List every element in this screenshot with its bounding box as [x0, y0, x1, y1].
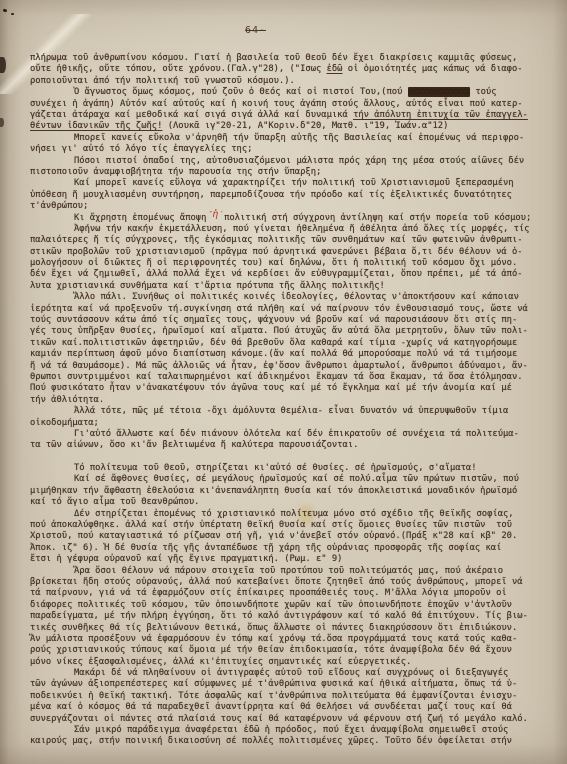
text-line: δέν ἔχει νά ζημιωθεῖ, ἀλλά πολλά ἔχει νά… [30, 269, 560, 280]
text-line: ποδεικνύει ἡ θεϊκή τακτική. Τότε ἀσφαλῶς… [30, 691, 560, 702]
text-line: Ἀλλά τότε, πῶς μέ τέτοια -ὄχι ἀμόλυντα θ… [30, 406, 560, 417]
binding-mark [0, 118, 4, 127]
typewritten-text: Τό πολίτευμα τοῦ Θεοῦ, στηρίζεται κι'αὐτ… [74, 463, 477, 473]
text-line: θέντων ἰδανικῶν τῆς ζωῆς! (Λουκᾶ ιγ"20-2… [30, 121, 560, 132]
typewritten-text: καμιάν περίπτωση ἀφοῦ μόνο διαπίστωση κά… [30, 349, 517, 359]
text-line: Ὁ ἄγνωστος ὅμως κόσμος, πού ζοῦν ὁ Θεός … [30, 87, 560, 98]
typewritten-text: νήσει γι' αὐτό τό λόγο τίς ἐπαγγελίες τη… [30, 144, 252, 154]
text-line: πού ἀποκαλύφθηκε. ἀλλά καί στήν ὑπέρτατη… [30, 520, 560, 531]
typewritten-text: πλήρωμα τοῦ ἀνθρωπίνου κόσμου. Γιατί ἡ β… [30, 53, 517, 63]
text-line: Κι ἄχρηστη ἑπομένως ἄποψηἡπολιτική στή σ… [30, 212, 560, 223]
binding-mark [0, 57, 6, 73]
typewritten-text: Μακάρι δέ νά πληθαίνουν οἱ ἀντιγραφές αὐ… [74, 668, 508, 678]
text-line: Πόσοι πιστοί ὀπαδοί της, αὐτοθυσιαζόμενο… [30, 156, 560, 167]
typewritten-text: ἤ νά τά θαυμάσομε). Μά πῶς ἀλλοιῶς νά ἦτ… [30, 361, 528, 371]
text-line: τικές συνθῆκες θά τίς βελτιώνουν θετικά,… [30, 623, 560, 634]
overstruck-text: xxxxxxxxxxxxx [408, 87, 470, 97]
text-line: ἱερότητα καί νά προξενοῦν τή.συγκίνηση σ… [30, 304, 560, 315]
typewritten-text: Ἄρα ὅσοι θέλουν νά πάρουν στοιχεῖα τοῦ π… [74, 566, 503, 576]
typewritten-text: ποδεικνύει ἡ θεϊκή τακτική. Τότε ἀσφαλῶς… [30, 691, 517, 701]
typewritten-text: Ὁ ἄγνωστος ὅμως κόσμος, πού ζοῦν ὁ Θεός … [74, 87, 408, 97]
underlined-text: θέντων ἰδανικῶν τῆς ζωῆς! [30, 121, 162, 131]
typewritten-text: Ἀφήνω τήν κακήν ἐκμετάλλευση, πού γίνετα… [74, 224, 529, 234]
text-line: Χριστοῦ, πού καταγιαστικά τό ρίζωσαν στή… [30, 531, 560, 542]
typewritten-text: καί τό ἅγιο αἷμα τοῦ Θεανθρώπου. [30, 497, 199, 507]
text-line: τά παίρνουν, γιά νά τά ἐφαρμόζουν στίς ἐ… [30, 588, 560, 599]
typewritten-text: Ἄλλο πάλι. Συνήθως οἱ πολιτικές κοινές ἰ… [74, 292, 519, 302]
typewritten-text: τα τῶν αἰώνων, ὅσο κι'ἄν βελτιωμένα ἤ κα… [30, 440, 358, 450]
text-line: Ἄν μάλιστα προσέξουν νά ἐφαρμόσουν ἐν τό… [30, 634, 560, 645]
typewritten-text: συνέχει ἡ ἀγάπη) Αὐτόν καί αὐτούς καί ἡ … [30, 99, 523, 109]
text-line: συνέχει ἡ ἀγάπη) Αὐτόν καί αὐτούς καί ἡ … [30, 99, 560, 110]
text-line: τούς συντάσσουν κάτω ἀπό τίς σημαῖες του… [30, 315, 560, 326]
typewritten-text: διάφορες πολιτικές τοῦ κόσμου, τῶν ὁποιω… [30, 600, 512, 610]
typewritten-text: τούς συντάσσουν κάτω ἀπό τίς σημαῖες του… [30, 315, 517, 325]
typewritten-text: τήν ἀθλιότητα. [30, 395, 104, 405]
typewritten-text: οἱ ὁμοιότητές μας κάπως νά διαφο- [342, 64, 522, 74]
typewritten-text: οὔτε ἠθικῆς, οὔτε τόπου, οὔτε χρόνου.(Γα… [30, 64, 327, 74]
text-line: Ἀποκ. ιζ" 6). Ἡ δέ θυσία τῆς γῆς ἀνταπέδ… [30, 543, 560, 554]
typewritten-text: πολιτική στή σύγχρονη ἀντίληψη καί στήν … [224, 213, 531, 223]
handwritten-insertion: ἡ [206, 209, 224, 220]
typewritten-text: καιρούς μας, στήν ποινική δικαιοσύνη σέ … [30, 736, 512, 746]
typewritten-text: ὑπόθεση ἤ μουχλιασμένη συντήρηση, παρεμπ… [30, 190, 512, 200]
ink-speck [11, 13, 14, 15]
text-line: καμιάν περίπτωση ἀφοῦ μόνο διαπίστωση κά… [30, 349, 560, 360]
text-line [30, 452, 560, 463]
text-line: τήν ἀθλιότητα. [30, 395, 560, 406]
scanned-typewritten-page: 64- πλήρωμα τοῦ ἀνθρωπίνου κόσμου. Γιατί… [0, 0, 567, 764]
typewritten-text: Κι ἄχρηστη ἑπομένως ἄποψη [74, 213, 206, 223]
typewritten-text: βρίσκεται ἤδη στούς οὐρανούς, ἀλλά πού κ… [30, 577, 523, 587]
text-line: Μακάρι δέ νά πληθαίνουν οἱ ἀντιγραφές αὐ… [30, 668, 560, 679]
text-line: παραδείγματα, μέ τήν πλήρη ἐγγύηση, ὅτι … [30, 611, 560, 622]
typewritten-text: μολογήσουν οἱ διῶκτες ἤ οἱ περιφρονητές … [30, 258, 517, 268]
text-line: θρωποι συντριμμένοι καί ταλαιπωρημένοι κ… [30, 372, 560, 383]
text-line: ἔτσι ἡ γέφυρα οὐρανοῦ καί γῆς ἔγινε πραγ… [30, 554, 560, 565]
typewritten-text: τούς [470, 87, 496, 97]
text-line: παλαιότερες ἤ τίς σύγχρονες, τῆς ἐγκόσμι… [30, 235, 560, 246]
text-line: μένα καί ὁ κόσμος θά τά παραδεχθεῖ ἀναντ… [30, 702, 560, 713]
typewritten-text: τ'ἀνθρώπου; [30, 201, 88, 211]
text-line: τα τῶν αἰώνων, ὅσο κι'ἄν βελτιωμένα ἤ κα… [30, 440, 560, 451]
typewritten-text: Πού φυσικότατο ἦταν ν'ἀνακατέψουν τόν ἀγ… [30, 383, 512, 393]
text-line: Πού φυσικότατο ἦταν ν'ἀνακατέψουν τόν ἀγ… [30, 383, 560, 394]
text-line: μολογήσουν οἱ διῶκτες ἤ οἱ περιφρονητές … [30, 258, 560, 269]
text-line: Μπορεῖ κανείς εὔκολα ν'ἀρνηθῆ τήν ὕπαρξη… [30, 133, 560, 144]
typewritten-text: παραδείγματα, μέ τήν πλήρη ἐγγύηση, ὅτι … [30, 611, 528, 621]
typewritten-text: ἱερότητα καί νά προξενοῦν τή.συγκίνηση σ… [30, 304, 528, 314]
text-line: βρίσκεται ἤδη στούς οὐρανούς, ἀλλά πού κ… [30, 577, 560, 588]
typewritten-text: Ἀποκ. ιζ" 6). Ἡ δέ θυσία τῆς γῆς ἀνταπέδ… [30, 543, 501, 553]
text-line: τικῶν καί.πολιτιστικῶν ἀφετηριῶν, δέν θά… [30, 338, 560, 349]
typewritten-text: θρωποι συντριμμένοι καί ταλαιπωρημένοι κ… [30, 372, 523, 382]
text-line: γές τους ὑπῆρξαν θυσίες, ἡρωϊσμοί καί αἵ… [30, 326, 560, 337]
typewritten-text: Σάν μικρό παράδειγμα ἀναφέρεται ἐδῶ ἡ πρ… [74, 725, 508, 735]
text-line: ρούς χριστιανικούς τύπους καί ὅμοια μέ τ… [30, 645, 560, 656]
text-body: πλήρωμα τοῦ ἀνθρωπίνου κόσμου. Γιατί ἡ β… [30, 53, 560, 748]
ink-speck [3, 8, 8, 12]
typewritten-text: ρούς χριστιανικούς τύπους καί ὅμοια μέ τ… [30, 645, 512, 655]
typewritten-text: μόνο νίκες ἐξασφαλισμένες, ἀλλά κι'ἐπιτυ… [30, 657, 411, 667]
page-number: 64- [0, 25, 539, 36]
typewritten-text: τικές συνθῆκες θά τίς βελτιώνουν θετικά,… [30, 623, 517, 633]
text-line: Σάν μικρό παράδειγμα ἀναφέρεται ἐδῶ ἡ πρ… [30, 725, 560, 736]
text-line: λυτα χριστιανικά συνθήματα καί τ'ἄρτια π… [30, 281, 560, 292]
typewritten-text: Ἀλλά τότε, πῶς μέ τέτοια -ὄχι ἀμόλυντα θ… [74, 406, 508, 416]
text-line: μόνο νίκες ἐξασφαλισμένες, ἀλλά κι'ἐπιτυ… [30, 657, 560, 668]
typewritten-text: (Λουκᾶ ιγ"20-21, Α"Κοριν.δ"20, Ματθ. ι"1… [162, 121, 448, 131]
text-line: πιστοποιοῦν ἀναμφισβήτητα τήν παρουσία τ… [30, 167, 560, 178]
text-line: Δέν στηρίζεται ἑπομένως τό χριστιανικό π… [30, 509, 560, 520]
text-line: Καί σέ ἄφθονες θυσίες, σέ μεγάλους ἡρωϊσ… [30, 474, 560, 485]
text-line: Ἀφήνω τήν κακήν ἐκμετάλλευση, πού γίνετα… [30, 224, 560, 235]
text-line: νήσει γι' αὐτό τό λόγο τίς ἐπαγγελίες τη… [30, 144, 560, 155]
text-line: τῶν ἀγώνων ἀξιοπρεπέστερες καί σύμφωνες … [30, 679, 560, 690]
typewritten-text: στικῶν προβολῶν τοῦ χριστιανισμοῦ (πρᾶγμ… [30, 247, 523, 257]
typewritten-text: τά παίρνουν, γιά νά τά ἐφαρμόζουν στίς ἐ… [30, 588, 507, 598]
typewritten-text: Πόσοι πιστοί ὀπαδοί της, αὐτοθυσιαζόμενο… [74, 156, 524, 166]
typewritten-text: μένα καί ὁ κόσμος θά τά παραδεχθεῖ ἀναντ… [30, 702, 512, 712]
text-line: ὑπόθεση ἤ μουχλιασμένη συντήρηση, παρεμπ… [30, 190, 560, 201]
text-line: καί τό ἅγιο αἷμα τοῦ Θεανθρώπου. [30, 497, 560, 508]
typewritten-text: ροποιοῦνται ἀπό τήν πολιτική τοῦ γνωστοῦ… [30, 76, 295, 86]
typewritten-text: γές τους ὑπῆρξαν θυσίες, ἡρωϊσμοί καί αἵ… [30, 326, 528, 336]
typewritten-text: τῶν ἀγώνων ἀξιοπρεπέστερες καί σύμφωνες … [30, 679, 517, 689]
text-line: συνεργάζονται οἱ πάντες στά πλαίσιά τους… [30, 714, 560, 725]
typewritten-text: συνεργάζονται οἱ πάντες στά πλαίσιά τους… [30, 714, 528, 724]
text-line: ἤ νά τά θαυμάσομε). Μά πῶς ἀλλοιῶς νά ἦτ… [30, 361, 560, 372]
typewritten-text: Καί σέ ἄφθονες θυσίες, σέ μεγάλους ἡρωϊσ… [74, 474, 519, 484]
typewritten-text: πιστοποιοῦν ἀναμφισβήτητα τήν παρουσία τ… [30, 167, 321, 177]
typewritten-text: μιμήθηκαν τήν ἄφθαστη ἐθελούσια κι'ἀνεπα… [30, 486, 517, 496]
text-line: διάφορες πολιτικές τοῦ κόσμου, τῶν ὁποιω… [30, 600, 560, 611]
typewritten-text: δέν ἔχει νά ζημιωθεῖ, ἀλλά πολλά ἔχει νά… [30, 269, 523, 279]
text-line: μιμήθηκαν τήν ἄφθαστη ἐθελούσια κι'ἀνεπα… [30, 486, 560, 497]
text-line: οὔτε ἠθικῆς, οὔτε τόπου, οὔτε χρόνου.(Γα… [30, 64, 560, 75]
text-line: πλήρωμα τοῦ ἀνθρωπίνου κόσμου. Γιατί ἡ β… [30, 53, 560, 64]
text-line: Καί μπορεῖ κανείς εὔλογα νά χαρακτηρίζει… [30, 178, 560, 189]
typewritten-text: Δέν στηρίζεται ἑπομένως τό χριστιανικό π… [74, 509, 514, 519]
typewritten-text: Καί μπορεῖ κανείς εὔλογα νά χαρακτηρίζει… [74, 178, 514, 188]
typewritten-text: τικῶν καί.πολιτιστικῶν ἀφετηριῶν, δέν θά… [30, 338, 517, 348]
typewritten-text: Χριστοῦ, πού καταγιαστικά τό ρίζωσαν στή… [30, 531, 517, 541]
text-line: καιρούς μας, στήν ποινική δικαιοσύνη σέ … [30, 736, 560, 747]
underlined-text: τήν ἀπόλυτη ἐπιτυχία τῶν ἐπαγγελ- [353, 110, 528, 120]
typewritten-text: Μπορεῖ κανείς εὔκολα ν'ἀρνηθῆ τήν ὕπαρξη… [74, 133, 524, 143]
underlined-text: ἐδῶ [327, 64, 343, 74]
text-line: στικῶν προβολῶν τοῦ χριστιανισμοῦ (πρᾶγμ… [30, 247, 560, 258]
typewritten-text: οἰκοδομήματα; [30, 418, 99, 428]
typewritten-text: γάζεται ἀτάραχα καί μεθοδικά καί σιγά σι… [30, 110, 353, 120]
typewritten-text: Ἄν μάλιστα προσέξουν νά ἐφαρμόσουν ἐν τό… [30, 634, 517, 644]
typewritten-text: πού ἀποκαλύφθηκε. ἀλλά καί στήν ὑπέρτατη… [30, 520, 512, 530]
typewritten-text: ἔτσι ἡ γέφυρα οὐρανοῦ καί γῆς ἔγινε πραγ… [30, 554, 342, 564]
typewritten-text: Γι'αὐτό ἄλλωστε καί δέν πιάνουν ὁλότελα … [74, 429, 519, 439]
text-line: Τό πολίτευμα τοῦ Θεοῦ, στηρίζεται κι'αὐτ… [30, 463, 560, 474]
text-line: οἰκοδομήματα; [30, 418, 560, 429]
text-line: γάζεται ἀτάραχα καί μεθοδικά καί σιγά σι… [30, 110, 560, 121]
typewritten-text: παλαιότερες ἤ τίς σύγχρονες, τῆς ἐγκόσμι… [30, 235, 523, 245]
text-line: Γι'αὐτό ἄλλωστε καί δέν πιάνουν ὁλότελα … [30, 429, 560, 440]
text-line: Ἄλλο πάλι. Συνήθως οἱ πολιτικές κοινές ἰ… [30, 292, 560, 303]
typewritten-text: λυτα χριστιανικά συνθήματα καί τ'ἄρτια π… [30, 281, 385, 291]
text-line: Ἄρα ὅσοι θέλουν νά πάρουν στοιχεῖα τοῦ π… [30, 566, 560, 577]
text-line: τ'ἀνθρώπου; [30, 201, 560, 212]
text-line: ροποιοῦνται ἀπό τήν πολιτική τοῦ γνωστοῦ… [30, 76, 560, 87]
